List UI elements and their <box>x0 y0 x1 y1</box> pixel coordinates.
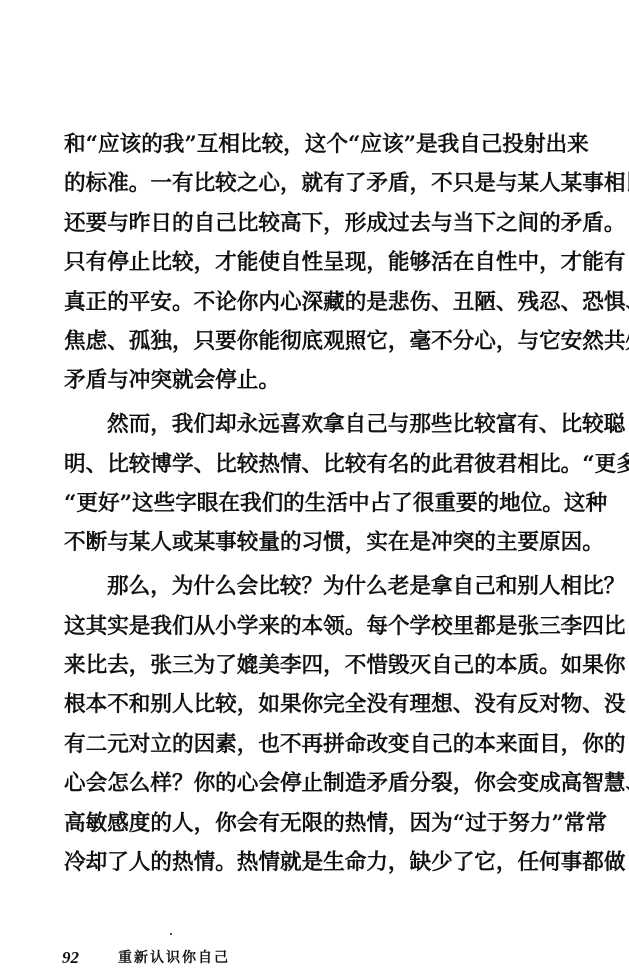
text-line: 还要与昨日的自己比较高下，形成过去与当下之间的矛盾。 <box>64 204 588 243</box>
paragraph-1: 和“应该的我”互相比较，这个“应该”是我自己投射出来 的标准。一有比较之心，就有… <box>64 125 588 401</box>
text-line: 只有停止比较，才能使自性呈现，能够活在自性中，才能有 <box>64 243 588 282</box>
paragraph-2: 然而，我们却永远喜欢拿自己与那些比较富有、比较聪 明、比较博学、比较热情、比较有… <box>64 405 588 563</box>
text-line: 心会怎么样？你的心会停止制造矛盾分裂，你会变成高智慧、 <box>64 764 588 803</box>
paragraph-3: 那么，为什么会比较？为什么老是拿自己和别人相比？ 这其实是我们从小学来的本领。每… <box>64 567 588 882</box>
scan-speck <box>170 933 172 935</box>
text-line: 明、比较博学、比较热情、比较有名的此君彼君相比。“更多”、 <box>64 445 588 484</box>
text-line: 的标准。一有比较之心，就有了矛盾，不只是与某人某事相比， <box>64 164 588 203</box>
book-page: 和“应该的我”互相比较，这个“应该”是我自己投射出来 的标准。一有比较之心，就有… <box>0 0 629 969</box>
text-line: 矛盾与冲突就会停止。 <box>64 361 588 400</box>
text-line: 不断与某人或某事较量的习惯，实在是冲突的主要原因。 <box>64 523 588 562</box>
text-line: 冷却了人的热情。热情就是生命力，缺少了它，任何事都做 <box>64 843 588 882</box>
page-footer: 92 重新认识你自己 <box>62 948 362 968</box>
text-line: 然而，我们却永远喜欢拿自己与那些比较富有、比较聪 <box>64 405 588 444</box>
text-line: 真正的平安。不论你内心深藏的是悲伤、丑陋、残忍、恐惧、 <box>64 283 588 322</box>
text-line: 来比去，张三为了媲美李四，不惜毁灭自己的本质。如果你 <box>64 646 588 685</box>
text-line: 这其实是我们从小学来的本领。每个学校里都是张三李四比 <box>64 607 588 646</box>
text-line: 焦虑、孤独，只要你能彻底观照它，毫不分心，与它安然共处， <box>64 322 588 361</box>
text-line: 根本不和别人比较，如果你完全没有理想、没有反对物、没 <box>64 685 588 724</box>
text-line: 高敏感度的人，你会有无限的热情，因为“过于努力”常常 <box>64 804 588 843</box>
text-line: 那么，为什么会比较？为什么老是拿自己和别人相比？ <box>64 567 588 606</box>
text-line: “更好”这些字眼在我们的生活中占了很重要的地位。这种 <box>64 484 588 523</box>
text-line: 有二元对立的因素，也不再拼命改变自己的本来面目，你的 <box>64 725 588 764</box>
running-title: 重新认识你自己 <box>118 948 230 968</box>
page-number: 92 <box>62 948 79 968</box>
text-line: 和“应该的我”互相比较，这个“应该”是我自己投射出来 <box>64 125 588 164</box>
body-text: 和“应该的我”互相比较，这个“应该”是我自己投射出来 的标准。一有比较之心，就有… <box>64 125 588 887</box>
